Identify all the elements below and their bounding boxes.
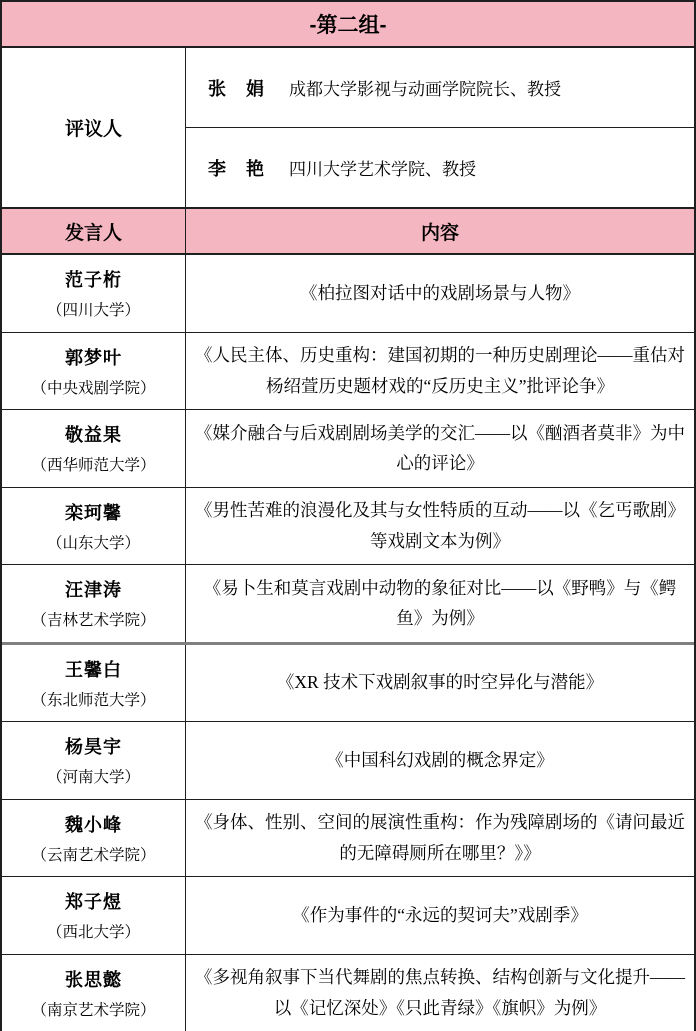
speaker-affiliation: （中央戏剧学院） [31,376,155,398]
speaker-name: 范子桁 [65,266,122,292]
speaker-affiliation: （吉林艺术学院） [31,608,155,630]
content-cell: 《易卜生和莫言戏剧中动物的象征对比——以《野鸭》与《鳄鱼》为例》 [186,565,694,642]
table-row: 郭梦叶 （中央戏剧学院） 《人民主体、历史重构：建国初期的一种历史剧理论——重估… [2,333,694,411]
reviewer-row: 李 艳 四川大学艺术学院、教授 [186,128,694,207]
speaker-affiliation: （四川大学） [47,298,140,320]
speaker-cell: 栾珂馨 （山东大学） [2,488,186,565]
session-table: -第二组- 评议人 张 娟 成都大学影视与动画学院院长、教授 李 艳 四川大学艺… [0,0,696,1031]
table-row: 汪津涛 （吉林艺术学院） 《易卜生和莫言戏剧中动物的象征对比——以《野鸭》与《鳄… [2,565,694,645]
speaker-cell: 杨昊宇 （河南大学） [2,722,186,799]
speaker-name: 魏小峰 [65,811,122,837]
reviewer-row: 张 娟 成都大学影视与动画学院院长、教授 [186,48,694,128]
column-header-content: 内容 [186,209,694,253]
speaker-name: 汪津涛 [65,576,122,602]
speaker-name: 郑子煜 [65,888,122,914]
speaker-cell: 郭梦叶 （中央戏剧学院） [2,333,186,410]
speaker-name: 栾珂馨 [65,499,122,525]
content-cell: 《XR 技术下戏剧叙事的时空异化与潜能》 [186,645,694,722]
content-cell: 《媒介融合与后戏剧剧场美学的交汇——以《酗酒者莫非》为中心的评论》 [186,410,694,487]
speaker-cell: 郑子煜 （西北大学） [2,877,186,954]
reviewer-rows: 张 娟 成都大学影视与动画学院院长、教授 李 艳 四川大学艺术学院、教授 [186,48,694,207]
table-row: 张思懿 （南京艺术学院） 《多视角叙事下当代舞剧的焦点转换、结构创新与文化提升—… [2,955,694,1031]
column-header: 发言人 内容 [2,207,694,255]
speaker-affiliation: （南京艺术学院） [31,998,155,1020]
table-row: 魏小峰 （云南艺术学院） 《身体、性别、空间的展演性重构：作为残障剧场的《请问最… [2,800,694,878]
speaker-cell: 汪津涛 （吉林艺术学院） [2,565,186,642]
table-row: 杨昊宇 （河南大学） 《中国科幻戏剧的概念界定》 [2,722,694,800]
reviewer-name: 张 娟 [208,75,265,101]
speaker-cell: 范子桁 （四川大学） [2,255,186,332]
reviewer-section: 评议人 张 娟 成都大学影视与动画学院院长、教授 李 艳 四川大学艺术学院、教授 [2,48,694,207]
speaker-name: 杨昊宇 [65,733,122,759]
speaker-cell: 敬益果 （西华师范大学） [2,410,186,487]
table-row: 王馨白 （东北师范大学） 《XR 技术下戏剧叙事的时空异化与潜能》 [2,645,694,723]
speaker-name: 张思懿 [65,966,122,992]
reviewer-affiliation: 成都大学影视与动画学院院长、教授 [289,75,561,100]
table-row: 范子桁 （四川大学） 《柏拉图对话中的戏剧场景与人物》 [2,255,694,333]
reviewer-label: 评议人 [2,48,186,207]
content-cell: 《人民主体、历史重构：建国初期的一种历史剧理论——重估对杨绍萱历史题材戏的“反历… [186,333,694,410]
speaker-cell: 魏小峰 （云南艺术学院） [2,800,186,877]
table-row: 栾珂馨 （山东大学） 《男性苦难的浪漫化及其与女性特质的互动——以《乞丐歌剧》等… [2,488,694,566]
content-cell: 《身体、性别、空间的展演性重构：作为残障剧场的《请问最近的无障碍厕所在哪里？》》 [186,800,694,877]
speaker-name: 郭梦叶 [65,344,122,370]
speaker-rows: 范子桁 （四川大学） 《柏拉图对话中的戏剧场景与人物》 郭梦叶 （中央戏剧学院）… [2,255,694,1031]
speaker-name: 王馨白 [65,656,122,682]
speaker-affiliation: （河南大学） [47,765,140,787]
table-row: 敬益果 （西华师范大学） 《媒介融合与后戏剧剧场美学的交汇——以《酗酒者莫非》为… [2,410,694,488]
column-header-speaker: 发言人 [2,209,186,253]
content-cell: 《柏拉图对话中的戏剧场景与人物》 [186,255,694,332]
group-title: -第二组- [2,2,694,48]
speaker-name: 敬益果 [65,421,122,447]
speaker-cell: 张思懿 （南京艺术学院） [2,955,186,1031]
speaker-affiliation: （山东大学） [47,531,140,553]
speaker-cell: 王馨白 （东北师范大学） [2,645,186,722]
speaker-affiliation: （云南艺术学院） [31,843,155,865]
table-row: 郑子煜 （西北大学） 《作为事件的“永远的契诃夫”戏剧季》 [2,877,694,955]
speaker-affiliation: （西华师范大学） [31,453,155,475]
content-cell: 《男性苦难的浪漫化及其与女性特质的互动——以《乞丐歌剧》等戏剧文本为例》 [186,488,694,565]
speaker-affiliation: （东北师范大学） [31,688,155,710]
content-cell: 《作为事件的“永远的契诃夫”戏剧季》 [186,877,694,954]
reviewer-name: 李 艳 [208,155,265,181]
content-cell: 《中国科幻戏剧的概念界定》 [186,722,694,799]
content-cell: 《多视角叙事下当代舞剧的焦点转换、结构创新与文化提升——以《记忆深处》《只此青绿… [186,955,694,1031]
speaker-affiliation: （西北大学） [47,920,140,942]
reviewer-affiliation: 四川大学艺术学院、教授 [289,155,476,180]
